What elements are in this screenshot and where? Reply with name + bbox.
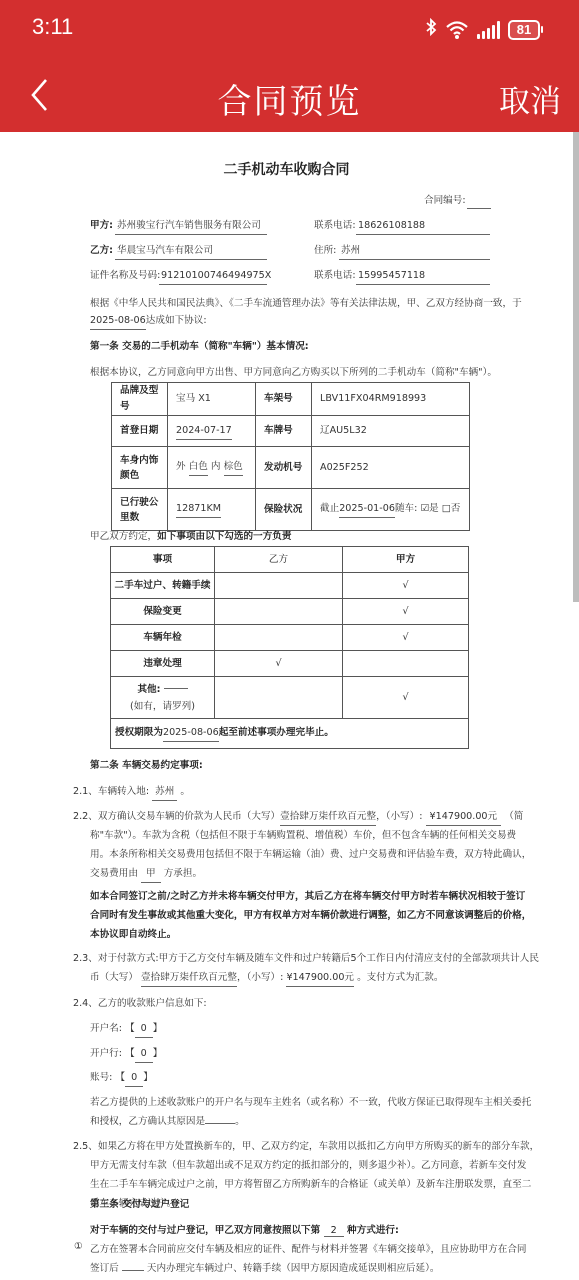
account-bank-label: 开户行: [90, 1048, 122, 1059]
row-party-a-check: √ [343, 599, 469, 625]
reason-blank [205, 1123, 235, 1124]
article-2-title: 第二条 车辆交易约定事项: [90, 758, 203, 774]
status-icons: 81 [425, 18, 543, 41]
auth-prefix: 授权期限为 [115, 727, 163, 738]
article-3-title: 第三条 交付与过户登记 [90, 1196, 189, 1210]
table-row: 已行驶公里数 12871KM 保险状况 截止2025-01-06随车: ☑是 □… [112, 489, 470, 531]
engine-label: 发动机号 [256, 447, 312, 489]
price-uppercase: 壹拾肆万柒仟玖百元整 [280, 809, 376, 826]
table-row: 二手车过户、转籍手续 √ [111, 573, 469, 599]
battery-icon: 81 [508, 20, 543, 40]
authorization-period: 授权期限为2025-08-06起至前述事项办理完毕止。 [111, 719, 469, 749]
reg-date-cell: 2024-07-17 [168, 416, 256, 447]
col-header-item: 事项 [111, 547, 215, 573]
account-name-label: 开户名: [90, 1023, 122, 1034]
contract-number-field [467, 208, 491, 209]
auth-suffix: 起至前述事项办理完毕止。 [219, 727, 334, 738]
party-b-phone-label: 联系电话: [314, 268, 356, 284]
party-a-phone-value: 18626108188 [358, 218, 425, 234]
contract-document[interactable]: 二手机动车收购合同 合同编号: 甲方: 苏州骏宝行汽车销售服务有限公司 联系电话… [0, 132, 573, 1280]
clause-2-3-b: ，（小写）: [237, 972, 283, 983]
party-b-label: 乙方: [90, 243, 113, 259]
signal-icon [477, 21, 500, 39]
row-party-a-check [343, 651, 469, 677]
intro-text: 根据《中华人民共和国民法典》、《二手车流通管理办法》等有关法律法规，甲、乙双方经… [90, 296, 522, 312]
row-party-b-check: √ [215, 651, 343, 677]
col-header-party-b: 乙方 [215, 547, 343, 573]
scrollbar[interactable] [573, 132, 579, 602]
row-item: 车辆年检 [111, 625, 215, 651]
row-party-b-check [215, 625, 343, 651]
bold-clause-line1: 如本合同签订之前/之时乙方并未将车辆交付甲方，其后乙方在将车辆交付甲方时若车辆状… [90, 889, 525, 905]
table-row: 保险变更 √ [111, 599, 469, 625]
clause-2-3-text: 对于付款方式:甲方于乙方交付车辆及随车文件和过户转籍后5个工作日内付清应支付的全… [98, 953, 539, 964]
mileage-label: 已行驶公里数 [112, 489, 168, 531]
party-a-phone-underline [356, 234, 490, 235]
contract-number-label: 合同编号: [424, 193, 466, 209]
vin-label: 车架号 [256, 383, 312, 416]
color-label: 车身内饰颜色 [112, 447, 168, 489]
insurance-date: 2025-01-06 [339, 501, 395, 518]
clause-num: 2.3、 [73, 953, 98, 964]
party-b-phone-underline [356, 284, 490, 285]
clause-2-4-note1: 若乙方提供的上述收款账户的开户名与现车主姓名（或名称）不一致，代收方保证已取得现… [90, 1095, 531, 1111]
bold-clause-line2: 合同时有发生事故或其他重大变化，甲方有权单方对车辆价款进行调整，如乙方不同意该调… [90, 908, 531, 924]
plate-label: 车牌号 [256, 416, 312, 447]
row-item: 二手车过户、转籍手续 [111, 573, 215, 599]
clause-2-2-line4-a: 交易费用由 [90, 868, 138, 879]
fee-payer: 甲 [141, 866, 161, 883]
party-b-phone-value: 15995457118 [358, 268, 425, 284]
clause-2-4-note2-b: 。 [235, 1116, 245, 1127]
account-number-label: 账号: [90, 1072, 112, 1083]
account-number-value: 0 [125, 1070, 143, 1087]
option-1-line2-b: 天内办理完车辆过户、转籍手续（因甲方原因造成延误则相应后延）。 [147, 1263, 440, 1274]
page-title: 合同预览 [0, 74, 579, 123]
delivery-method-choice: 2 [324, 1225, 344, 1237]
color-int-prefix: 内 [211, 461, 221, 472]
resp-intro-bold: 如下事项由以下勾选的一方负责 [157, 531, 291, 542]
status-bar: 3:11 81 [0, 0, 579, 60]
table-row: 车身内饰颜色 外 白色 内 棕色 发动机号 A025F252 [112, 447, 470, 489]
clause-2-2-c: （简 [504, 811, 523, 822]
clause-2-5-line2: 甲方无需支付车款（但车款超出或不足双方约定的抵扣部分的，则多退少补）。乙方同意，… [90, 1158, 527, 1174]
row-party-a-check: √ [343, 573, 469, 599]
clause-2-2-line4-b: 方承担。 [164, 868, 202, 879]
clause-num: 2.1、 [73, 786, 98, 797]
account-name-value: 0 [135, 1021, 153, 1038]
brand-value: 宝马 X1 [168, 383, 256, 416]
clause-2-2-line2: 称"车款"）。车款为含税（包括但不限于车辆购置税、增值税）车价，但不包含车辆的任… [90, 828, 516, 844]
insurance-no-checkbox: □否 [442, 503, 461, 514]
party-a-phone-label: 联系电话: [314, 218, 356, 234]
id-value: 91210100746494975X [161, 268, 271, 284]
clause-2-2-a: 双方确认交易车辆的价款为人民币（大写） [98, 811, 280, 822]
clause-2-3-line1: 2.3、对于付款方式:甲方于乙方交付车辆及随车文件和过户转籍后5个工作日内付清应… [73, 951, 539, 967]
other-note: (如有，请罗列) [130, 701, 195, 712]
option-1-line1: 乙方在签署本合同前应交付车辆及相应的证件、配件与材料并签署《车辆交接单》，且应协… [90, 1241, 527, 1255]
clause-num: 2.5、 [73, 1141, 98, 1152]
row-item: 保险变更 [111, 599, 215, 625]
color-int-value: 棕色 [224, 459, 243, 476]
other-label: 其他: [137, 684, 160, 695]
plate-value: 辽AU5L32 [312, 416, 470, 447]
table-row: 首登日期 2024-07-17 车牌号 辽AU5L32 [112, 416, 470, 447]
wifi-icon [445, 20, 469, 40]
insurance-yes-checkbox: ☑是 [420, 503, 438, 514]
party-a-label: 甲方: [90, 218, 113, 234]
payment-lowercase: ¥147900.00元 [286, 970, 354, 987]
status-time: 3:11 [32, 14, 73, 40]
row-item-other: 其他: (如有，请罗列) [111, 677, 215, 719]
reg-date-label: 首登日期 [112, 416, 168, 447]
table-row: 品牌及型号 宝马 X1 车架号 LBV11FX04RM918993 [112, 383, 470, 416]
row-item: 违章处理 [111, 651, 215, 677]
row-party-b-check [215, 599, 343, 625]
party-b-underline [115, 259, 267, 260]
col-header-party-a: 甲方 [343, 547, 469, 573]
article-3-intro-a: 对于车辆的交付与过户登记，甲乙双方同意按照以下第 [90, 1225, 320, 1236]
article-1-text: 根据本协议，乙方同意向甲方出售、甲方同意向乙方购买以下所列的二手机动车（简称"车… [90, 365, 497, 381]
clause-2-4-title: 乙方的收款账户信息如下: [98, 998, 207, 1009]
days-blank [122, 1270, 144, 1271]
clause-2-2-b: ，（小写）: [376, 811, 422, 822]
article-3-intro: 对于车辆的交付与过户登记，甲乙双方同意按照以下第 2 种方式进行: [90, 1222, 399, 1237]
article-1-title: 第一条 交易的二手机动车（简称"车辆"）基本情况: [90, 339, 309, 355]
account-bank-value: 0 [135, 1046, 153, 1063]
mileage-cell: 12871KM [168, 489, 256, 531]
intro-tail: 达成如下协议: [146, 315, 207, 326]
party-b-value: 华晨宝马汽车有限公司 [117, 243, 213, 259]
clause-2-3-line2: 币（大写） 壹拾肆万柒仟玖百元整，（小写）: ¥147900.00元 。支付方式… [90, 970, 443, 987]
vin-value: LBV11FX04RM918993 [312, 383, 470, 416]
party-a-value: 苏州骏宝行汽车销售服务有限公司 [117, 218, 261, 234]
clause-2-5-text: 如果乙方将在甲方处置换新车的，甲、乙双方约定，车款用以抵扣乙方向甲方所购买的新车… [98, 1141, 539, 1152]
clause-2-4-note2: 和授权，乙方确认其原因是。 [90, 1114, 245, 1130]
table-header-row: 事项 乙方 甲方 [111, 547, 469, 573]
clause-2-5-line3: 生在二手车车辆完成过户之前，甲方将暂留乙方所购新车的合格证（或关单）及新车注册联… [90, 1177, 531, 1193]
reg-date-value: 2024-07-17 [176, 423, 232, 440]
app-header: 3:11 81 合同 [0, 0, 579, 132]
insurance-suffix: 随车: [395, 503, 417, 514]
table-row: 车辆年检 √ [111, 625, 469, 651]
id-underline [159, 284, 267, 285]
contract-title: 二手机动车收购合同 [0, 162, 573, 178]
auth-date: 2025-08-06 [163, 725, 219, 742]
clause-2-4-note2-a: 和授权，乙方确认其原因是 [90, 1116, 205, 1127]
color-ext-value: 白色 [189, 459, 208, 476]
intro-date: 2025-08-06 [90, 313, 146, 330]
insurance-prefix: 截止 [320, 503, 339, 514]
clause-2-2-line1: 2.2、双方确认交易车辆的价款为人民币（大写）壹拾肆万柒仟玖百元整，（小写）: … [73, 809, 523, 826]
mileage-value: 12871KM [176, 501, 221, 518]
table-row: 违章处理 √ [111, 651, 469, 677]
id-label: 证件名称及号码: [90, 268, 160, 284]
article-3-intro-b: 种方式进行: [347, 1225, 399, 1236]
row-party-a-check: √ [343, 677, 469, 719]
clause-2-1: 2.1、车辆转入地: 苏州 。 [73, 784, 190, 801]
clause-2-1-label: 车辆转入地: [98, 786, 149, 797]
bold-clause-line3: 本协议即自动终止。 [90, 927, 176, 943]
resp-intro-plain: 甲乙双方约定， [90, 531, 157, 542]
clause-2-4: 2.4、乙方的收款账户信息如下: [73, 996, 207, 1012]
account-name-row: 开户名: 【0】 [90, 1021, 162, 1038]
clause-2-2-line4: 交易费用由 甲 方承担。 [90, 866, 202, 883]
other-blank [164, 688, 188, 689]
table-row: 其他: (如有，请罗列) √ [111, 677, 469, 719]
option-1-line2: 签订后 天内办理完车辆过户、转籍手续（因甲方原因造成延误则相应后延）。 [90, 1260, 440, 1274]
account-bank-row: 开户行: 【0】 [90, 1046, 162, 1063]
cancel-button[interactable]: 取消 [499, 76, 561, 121]
party-a-underline [115, 234, 267, 235]
row-party-a-check: √ [343, 625, 469, 651]
nav-bar: 合同预览 取消 [0, 62, 579, 128]
color-ext-prefix: 外 [176, 461, 186, 472]
clause-num: 2.4、 [73, 998, 98, 1009]
clause-2-3-c: 。支付方式为汇款。 [357, 972, 443, 983]
brand-label: 品牌及型号 [112, 383, 168, 416]
engine-value: A025F252 [312, 447, 470, 489]
payment-uppercase: 壹拾肆万柒仟玖百元整 [141, 970, 237, 987]
party-b-address-label: 住所: [314, 243, 336, 259]
color-cell: 外 白色 内 棕色 [168, 447, 256, 489]
clause-2-5-line1: 2.5、如果乙方将在甲方处置换新车的，甲、乙双方约定，车款用以抵扣乙方向甲方所购… [73, 1139, 539, 1155]
price-lowercase: ¥147900.00元 [426, 809, 502, 826]
party-b-address-underline [339, 259, 490, 260]
table-footer-row: 授权期限为2025-08-06起至前述事项办理完毕止。 [111, 719, 469, 749]
option-1-marker: ① [74, 1241, 83, 1252]
account-number-row: 账号: 【0】 [90, 1070, 153, 1087]
battery-level: 81 [508, 20, 540, 40]
party-b-address-value: 苏州 [341, 243, 360, 259]
insurance-cell: 截止2025-01-06随车: ☑是 □否 [312, 489, 470, 531]
clause-2-3-a: 币（大写） [90, 972, 138, 983]
option-1-line2-a: 签订后 [90, 1263, 119, 1274]
row-party-b-check [215, 677, 343, 719]
bluetooth-icon [425, 18, 437, 41]
responsibility-table: 事项 乙方 甲方 二手车过户、转籍手续 √ 保险变更 √ 车辆年检 √ 违章处理… [110, 546, 469, 749]
row-party-b-check [215, 573, 343, 599]
clause-num: 2.2、 [73, 811, 98, 822]
resp-intro: 甲乙双方约定，如下事项由以下勾选的一方负责 [90, 529, 291, 545]
intro-line-2: 2025-08-06达成如下协议: [90, 313, 207, 330]
insurance-label: 保险状况 [256, 489, 312, 531]
clause-2-2-line3: 用。本条所称相关交易费用包括但不限于车辆运输（油）费、过户交易费和评估验车费，双… [90, 847, 531, 863]
vehicle-info-table: 品牌及型号 宝马 X1 车架号 LBV11FX04RM918993 首登日期 2… [111, 382, 470, 531]
transfer-location: 苏州 [152, 784, 177, 801]
